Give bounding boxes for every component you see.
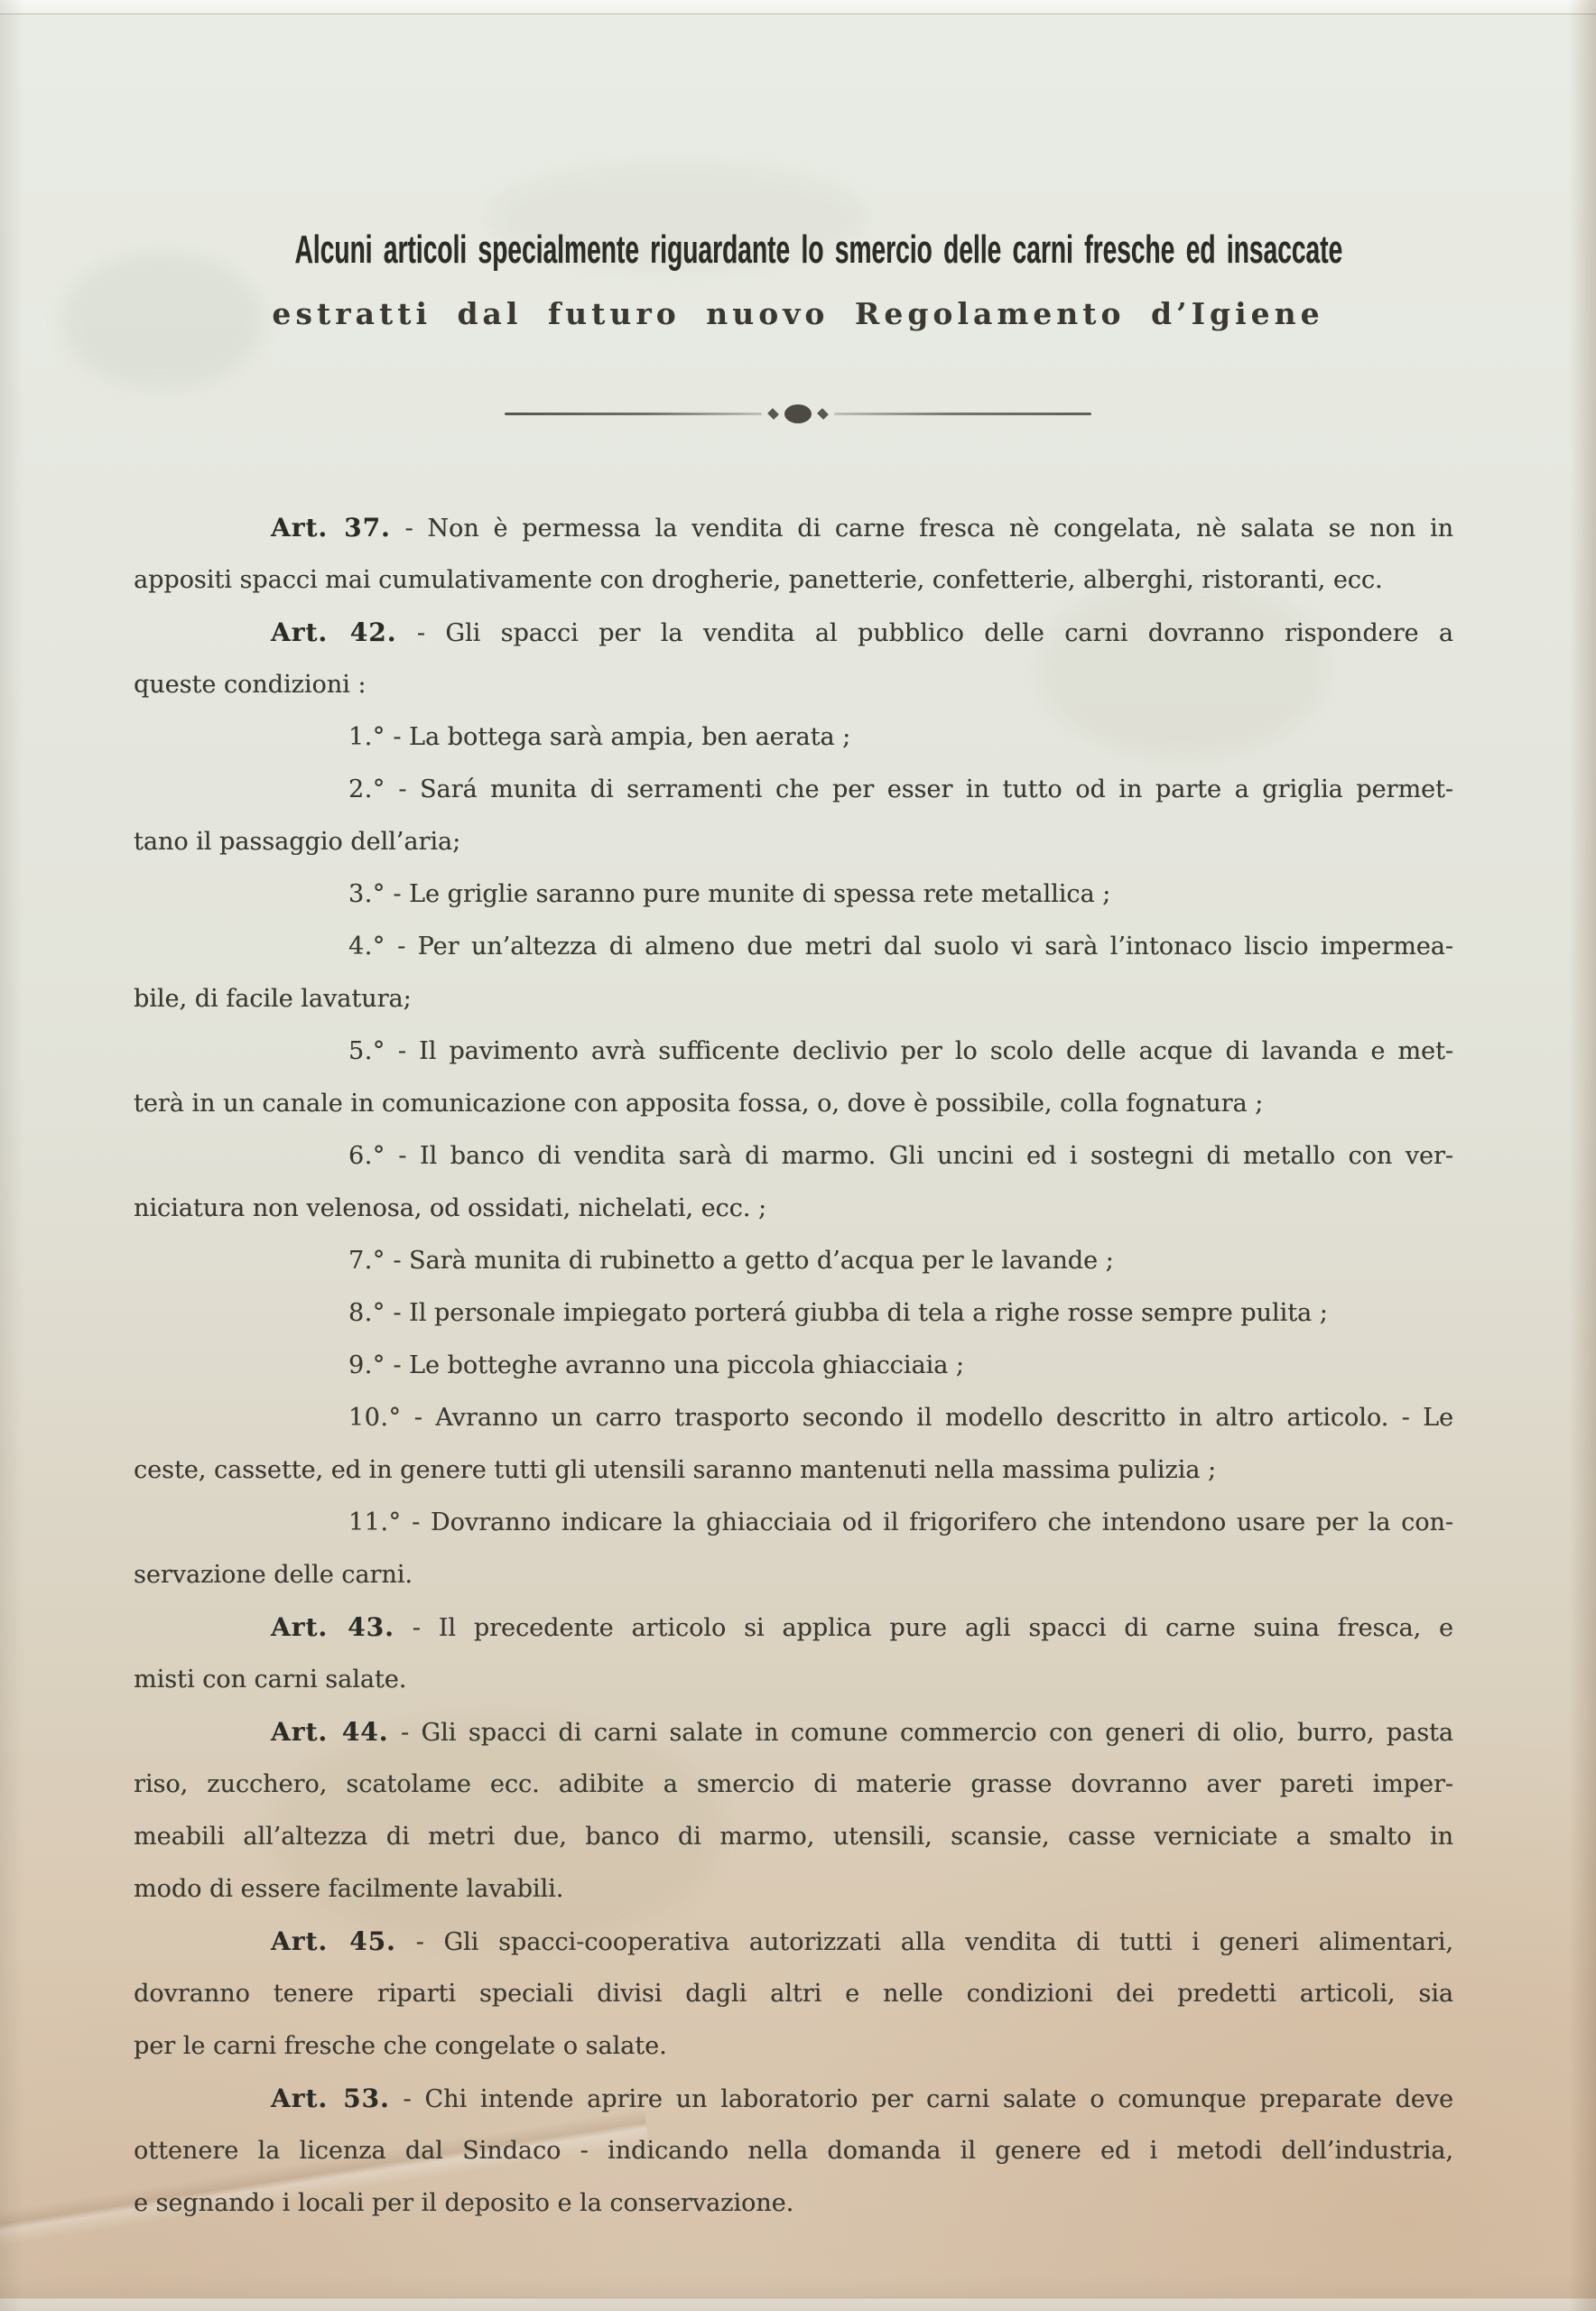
text-line: 3.° - Le griglie saranno pure munite di …	[134, 868, 1453, 921]
article-number: Art. 53.	[271, 2084, 390, 2113]
article-number: Art. 42.	[271, 617, 396, 647]
article-paragraph: Art. 53. - Chi intende aprire un laborat…	[134, 2073, 1453, 2230]
text-line: 4.° - Per un’altezza di almeno due metri…	[134, 921, 1453, 973]
text-line: Art. 43. - Il precedente articolo si app…	[134, 1601, 1453, 1654]
text-line: Art. 53. - Chi intende aprire un laborat…	[134, 2073, 1453, 2125]
condition-item: 6.° - Il banco di vendita sarà di marmo.…	[134, 1130, 1453, 1235]
text-line: 7.° - Sarà munita di rubinetto a getto d…	[134, 1235, 1453, 1287]
document-body-text: Art. 37. - Non è permessa la vendita di …	[134, 502, 1453, 2230]
divider-line	[505, 413, 762, 415]
article-paragraph: Art. 44. - Gli spacci di carni salate in…	[134, 1706, 1453, 1916]
document-header: Alcuni articoli specialmente riguardante…	[0, 227, 1596, 331]
condition-item: 1.° - La bottega sarà ampia, ben aerata …	[134, 711, 1453, 764]
ornamental-divider	[505, 404, 1091, 423]
text-line: 6.° - Il banco di vendita sarà di marmo.…	[134, 1130, 1453, 1183]
diamond-icon	[817, 408, 829, 420]
text-line: ceste, cassette, ed in genere tutti gli …	[134, 1444, 1453, 1497]
text-line: Art. 44. - Gli spacci di carni salate in…	[134, 1706, 1453, 1759]
text-line: 1.° - La bottega sarà ampia, ben aerata …	[134, 711, 1453, 764]
text-line: 8.° - Il personale impiegato porterá giu…	[134, 1287, 1453, 1340]
condition-item: 7.° - Sarà munita di rubinetto a getto d…	[134, 1235, 1453, 1287]
text-line: modo di essere facilmente lavabili.	[134, 1863, 1453, 1916]
scan-edge-top	[0, 0, 1596, 14]
text-line: tano il passaggio dell’aria;	[134, 816, 1453, 868]
article-number: Art. 45.	[271, 1926, 396, 1956]
condition-number: 9.°	[348, 1351, 385, 1379]
article-paragraph: Art. 43. - Il precedente articolo si app…	[134, 1601, 1453, 1706]
condition-number: 1.°	[348, 723, 385, 751]
document-title: Alcuni articoli specialmente riguardante…	[294, 227, 1342, 273]
text-line: appositi spacci mai cumulativamente con …	[134, 554, 1453, 607]
text-line: meabili all’altezza di metri due, banco …	[134, 1811, 1453, 1863]
text-line: 10.° - Avranno un carro trasporto second…	[134, 1392, 1453, 1444]
text-line: Art. 42. - Gli spacci per la vendita al …	[134, 607, 1453, 659]
condition-item: 5.° - Il pavimento avrà sufficente decli…	[134, 1026, 1453, 1130]
text-line: 2.° - Sará munita di serramenti che per …	[134, 764, 1453, 816]
condition-item: 11.° - Dovranno indicare la ghiacciaia o…	[134, 1497, 1453, 1601]
article-number: Art. 37.	[271, 513, 391, 543]
condition-number: 3.°	[348, 880, 385, 908]
document-subtitle: estratti dal futuro nuovo Regolamento d’…	[0, 296, 1596, 331]
dot-ornament-icon	[784, 404, 812, 423]
article-paragraph: Art. 45. - Gli spacci-cooperativa autori…	[134, 1916, 1453, 2073]
divider-line	[834, 413, 1091, 415]
scan-edge-bottom	[0, 2297, 1596, 2311]
text-line: misti con carni salate.	[134, 1654, 1453, 1706]
text-line: ottenere la licenza dal Sindaco - indica…	[134, 2125, 1453, 2177]
condition-number: 2.°	[348, 775, 385, 803]
condition-number: 11.°	[348, 1508, 401, 1536]
article-number: Art. 44.	[271, 1717, 389, 1747]
article-number: Art. 43.	[271, 1612, 394, 1642]
text-line: niciatura non velenosa, od ossidati, nic…	[134, 1183, 1453, 1235]
condition-number: 4.°	[348, 933, 385, 961]
condition-item: 10.° - Avranno un carro trasporto second…	[134, 1392, 1453, 1497]
text-line: per le carni fresche che congelate o sal…	[134, 2020, 1453, 2073]
text-line: servazione delle carni.	[134, 1549, 1453, 1601]
condition-number: 7.°	[348, 1247, 385, 1275]
condition-item: 4.° - Per un’altezza di almeno due metri…	[134, 921, 1453, 1026]
condition-item: 8.° - Il personale impiegato porterá giu…	[134, 1287, 1453, 1340]
text-line: 5.° - Il pavimento avrà sufficente decli…	[134, 1026, 1453, 1078]
condition-number: 6.°	[348, 1142, 385, 1170]
condition-number: 10.°	[348, 1404, 401, 1432]
text-line: 11.° - Dovranno indicare la ghiacciaia o…	[134, 1497, 1453, 1549]
text-line: dovranno tenere riparti speciali divisi …	[134, 1968, 1453, 2020]
text-line: 9.° - Le botteghe avranno una piccola gh…	[134, 1340, 1453, 1392]
text-line: e segnando i locali per il deposito e la…	[134, 2177, 1453, 2230]
condition-number: 8.°	[348, 1299, 385, 1327]
scanned-document-page: { "colors": { "paper_top": "#e9ece4", "p…	[0, 0, 1596, 2311]
article-paragraph: Art. 42. - Gli spacci per la vendita al …	[134, 607, 1453, 711]
text-line: Art. 45. - Gli spacci-cooperativa autori…	[134, 1916, 1453, 1968]
text-line: riso, zucchero, scatolame ecc. adibite a…	[134, 1759, 1453, 1811]
condition-item: 9.° - Le botteghe avranno una piccola gh…	[134, 1340, 1453, 1392]
text-line: queste condizioni :	[134, 659, 1453, 711]
text-line: terà in un canale in comunicazione con a…	[134, 1078, 1453, 1130]
text-line: bile, di facile lavatura;	[134, 973, 1453, 1026]
condition-item: 2.° - Sará munita di serramenti che per …	[134, 764, 1453, 868]
condition-item: 3.° - Le griglie saranno pure munite di …	[134, 868, 1453, 921]
article-paragraph: Art. 37. - Non è permessa la vendita di …	[134, 502, 1453, 607]
text-line: Art. 37. - Non è permessa la vendita di …	[134, 502, 1453, 554]
diamond-icon	[767, 408, 779, 420]
condition-number: 5.°	[348, 1037, 385, 1065]
